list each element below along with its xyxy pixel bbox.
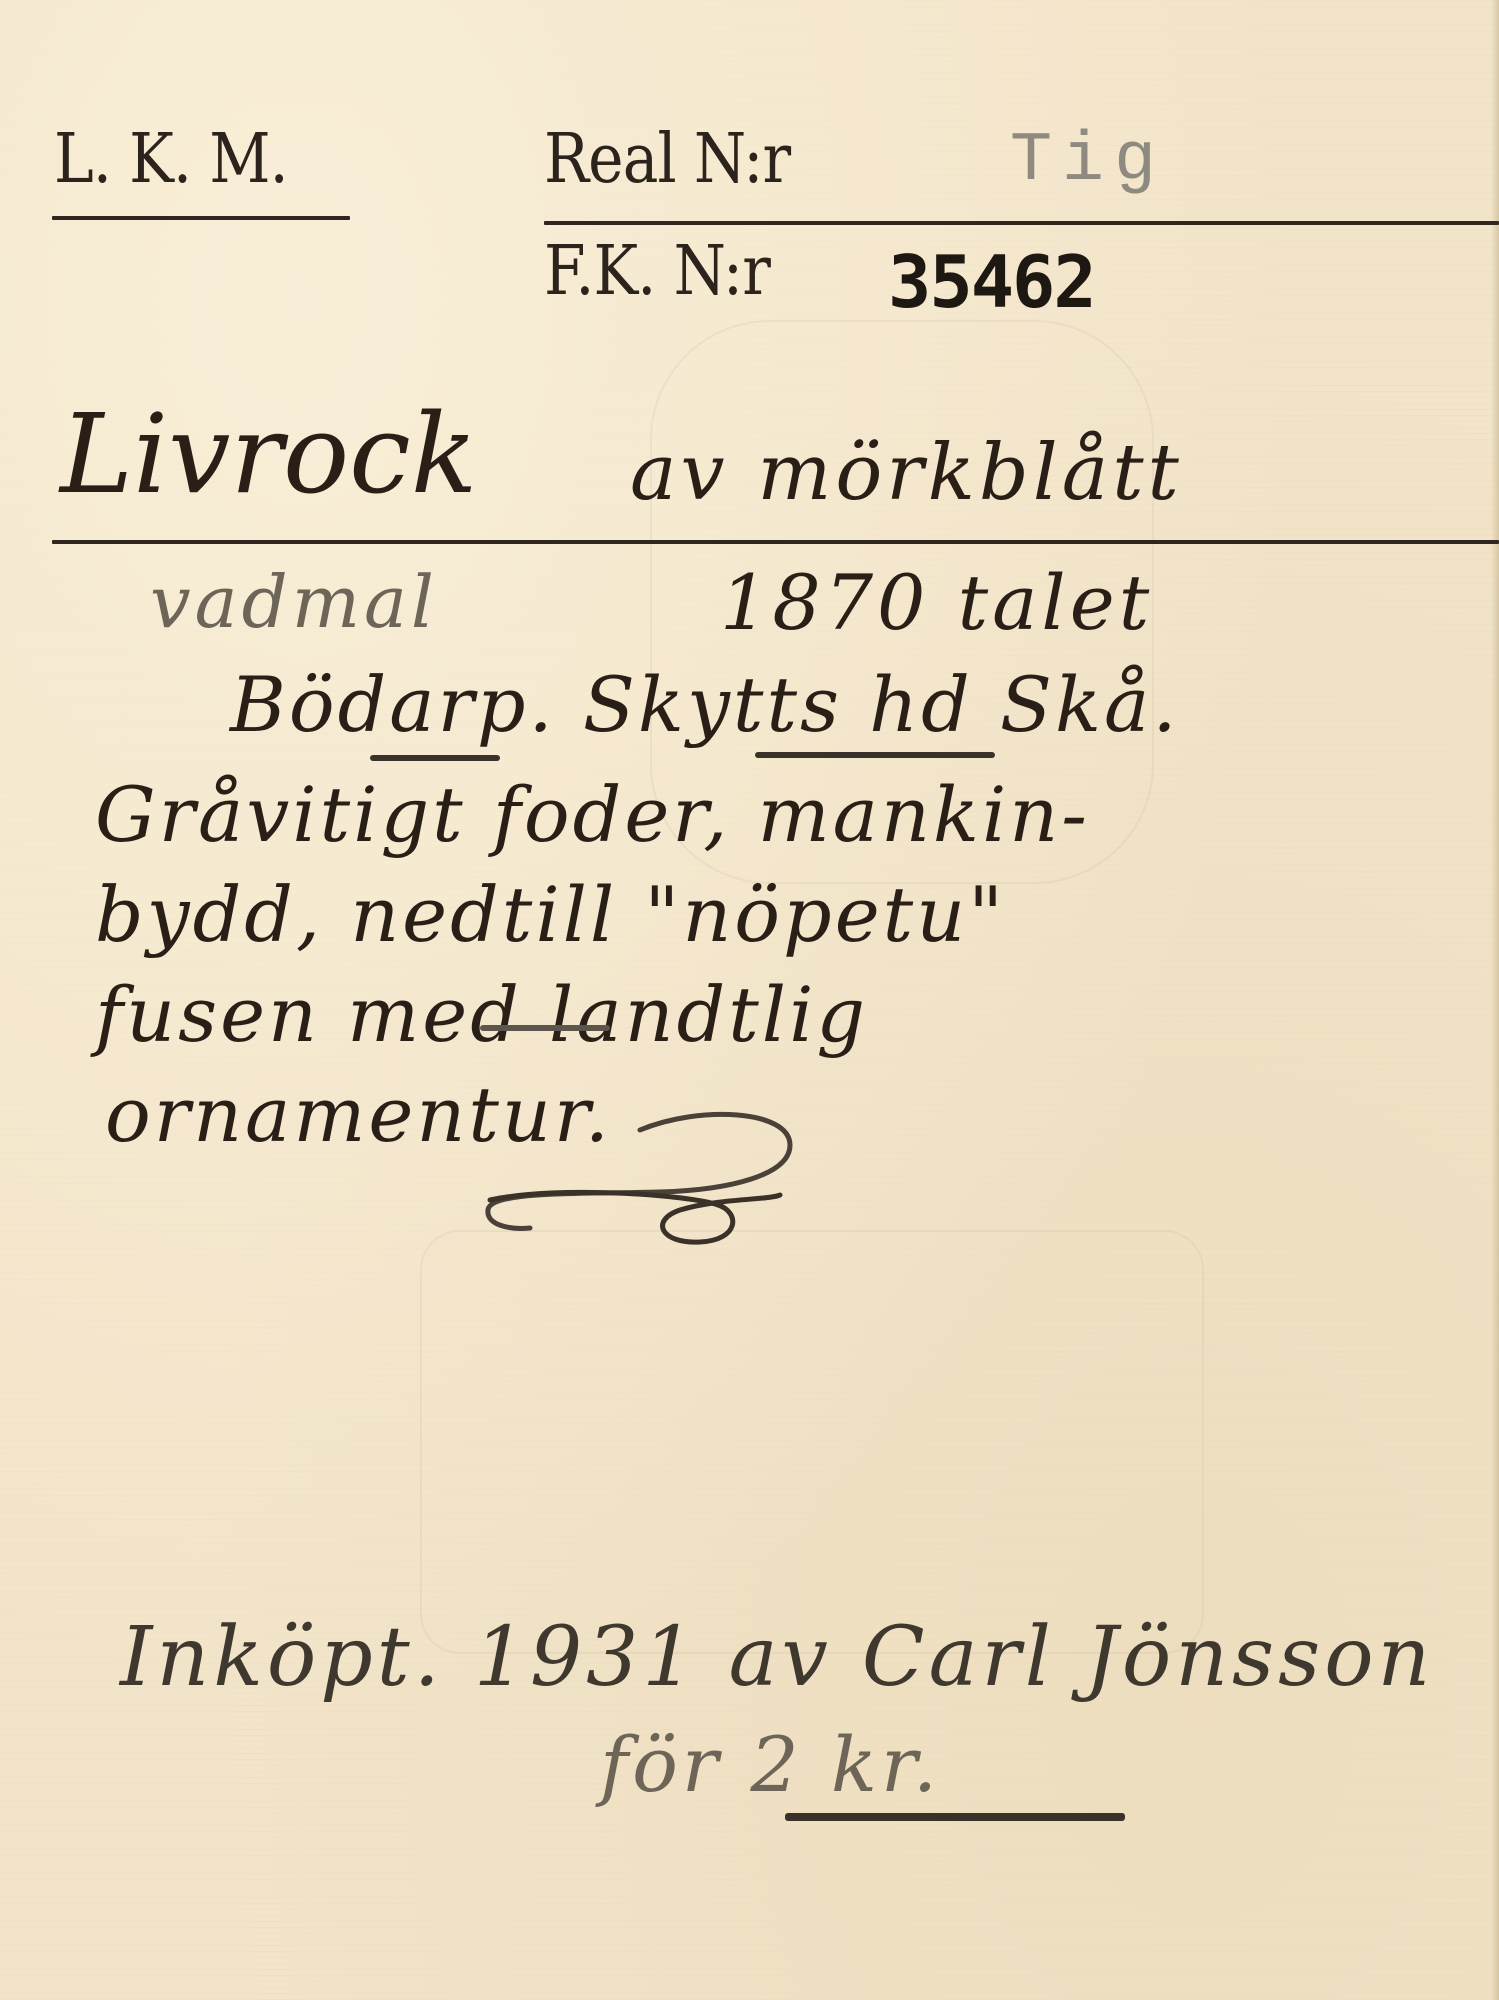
- description-line-3: fusen med landtlig: [95, 970, 868, 1059]
- price-line: för 2 kr.: [600, 1720, 941, 1809]
- paper-edge: [1491, 0, 1499, 2000]
- flourish-ornament: [470, 1100, 870, 1250]
- show-through-mark: [420, 1230, 1204, 1654]
- description-line-2: bydd, nedtill "nöpetu": [95, 870, 1006, 959]
- district-underline: [755, 752, 995, 758]
- real-nr-value: Tig: [1010, 122, 1166, 201]
- price-underline: [785, 1813, 1125, 1821]
- header-rule-right: [544, 221, 1499, 225]
- catalog-card: L. K. M. Real N:r Tig F.K. N:r 35462 Liv…: [0, 0, 1499, 2000]
- fk-nr-label: F.K. N:r: [544, 232, 770, 311]
- material-line-1: av mörkblått: [630, 428, 1183, 518]
- acquisition-line: Inköpt. 1931 av Carl Jönsson: [120, 1610, 1434, 1705]
- fk-nr-value: 35462: [888, 240, 1095, 324]
- med-underline: [480, 1025, 610, 1031]
- title-rule: [52, 540, 1499, 544]
- object-name: Livrock: [60, 390, 477, 518]
- material-line-2: vadmal: [150, 560, 438, 644]
- institution-label: L. K. M.: [54, 120, 288, 199]
- description-line-1: Gråvitigt foder, mankin-: [95, 770, 1090, 859]
- locality-line: Bödarp. Skytts hd Skå.: [230, 660, 1180, 749]
- header-rule-left: [52, 216, 350, 220]
- real-nr-label: Real N:r: [544, 120, 790, 199]
- dating: 1870 talet: [720, 558, 1153, 647]
- locality-underline: [370, 755, 500, 761]
